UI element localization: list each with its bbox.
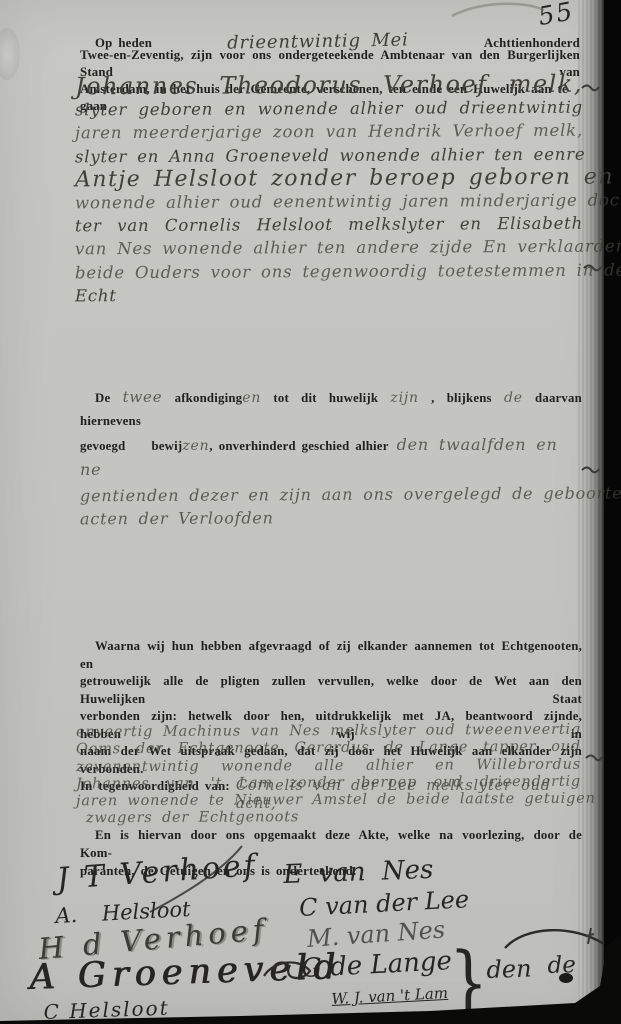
vows-line: getrouwelijk alle de pligten zullen verv… (80, 673, 582, 708)
announcement-line-2: gevoegdbewijzen, onverhinderd geschied a… (80, 433, 582, 483)
witness-line: Ooms der Echtgenoote Gerardus de Lange t… (76, 739, 581, 759)
witnesses-handwritten-block: enveertig Machinus van Nes melkslyter ou… (76, 723, 581, 827)
announcement-hw-line: acten der Verloofden (80, 505, 582, 531)
tot-dit-huwelijk-label: tot dit huwelijk (273, 391, 378, 405)
handwritten-line: beide Ouders voor ons tegenwoordig toete… (75, 258, 583, 284)
bewij-label: bewij (151, 439, 182, 453)
handwritten-line: jaren meerderjarige zoon van Hendrik Ver… (75, 119, 583, 145)
announcement-block: De twee afkondigingen tot dit huwelijk z… (80, 386, 582, 529)
fill-suffix: en (242, 390, 261, 406)
fill-de: de (504, 390, 523, 406)
gevoegd-label: gevoegd (80, 439, 125, 453)
groom-name-line: Johannes Theodorus Verhoef melk, (75, 73, 583, 99)
fill-count: twee (123, 388, 163, 406)
handwritten-line: van Nes wonende alhier ten andere zijde … (75, 235, 583, 261)
registrar-mark: den (486, 954, 532, 984)
fill-zen: zen (182, 438, 209, 454)
bride-name-line: Antje Helsloot zonder beroep geboren en (75, 165, 583, 191)
blijkens-label: , blijkens (431, 391, 492, 405)
handwritten-line: ter van Cornelis Helsloot melkslyter en … (75, 212, 583, 238)
signature-e-van-nes: E van Nes (283, 855, 434, 890)
onverhinderd-label: , onverhinderd geschied alhier (209, 439, 388, 453)
registrar-mark: de (547, 952, 576, 979)
announcement-line-1: De twee afkondigingen tot dit huwelijk z… (80, 386, 582, 433)
scanned-marriage-record: Op heden drieentwintig Mei Achttienhonde… (0, 0, 621, 1024)
de-label: De (80, 391, 110, 405)
witness-group-brace: } (449, 936, 488, 1024)
afkondiging-label: afkondiging (175, 391, 243, 405)
vows-text: Waarna wij hun hebben afgevraagd of zij … (80, 639, 582, 671)
vows-line: Waarna wij hun hebben afgevraagd of zij … (80, 638, 582, 673)
handwritten-line: slyter geboren en wonende alhier oud dri… (75, 96, 583, 122)
signature-bride-father: C Helsloot (43, 996, 170, 1024)
parties-handwritten-block: Johannes Theodorus Verhoef melk, slyter … (75, 74, 583, 306)
handwritten-line: wonende alhier oud eenentwintig jaren mi… (75, 189, 583, 215)
announcement-hw-line: gentienden dezer en zijn aan ons overgel… (80, 482, 575, 508)
handwritten-line: Echt (75, 281, 583, 307)
fill-zijn: zijn (390, 390, 418, 406)
scan-background (604, 0, 621, 1024)
